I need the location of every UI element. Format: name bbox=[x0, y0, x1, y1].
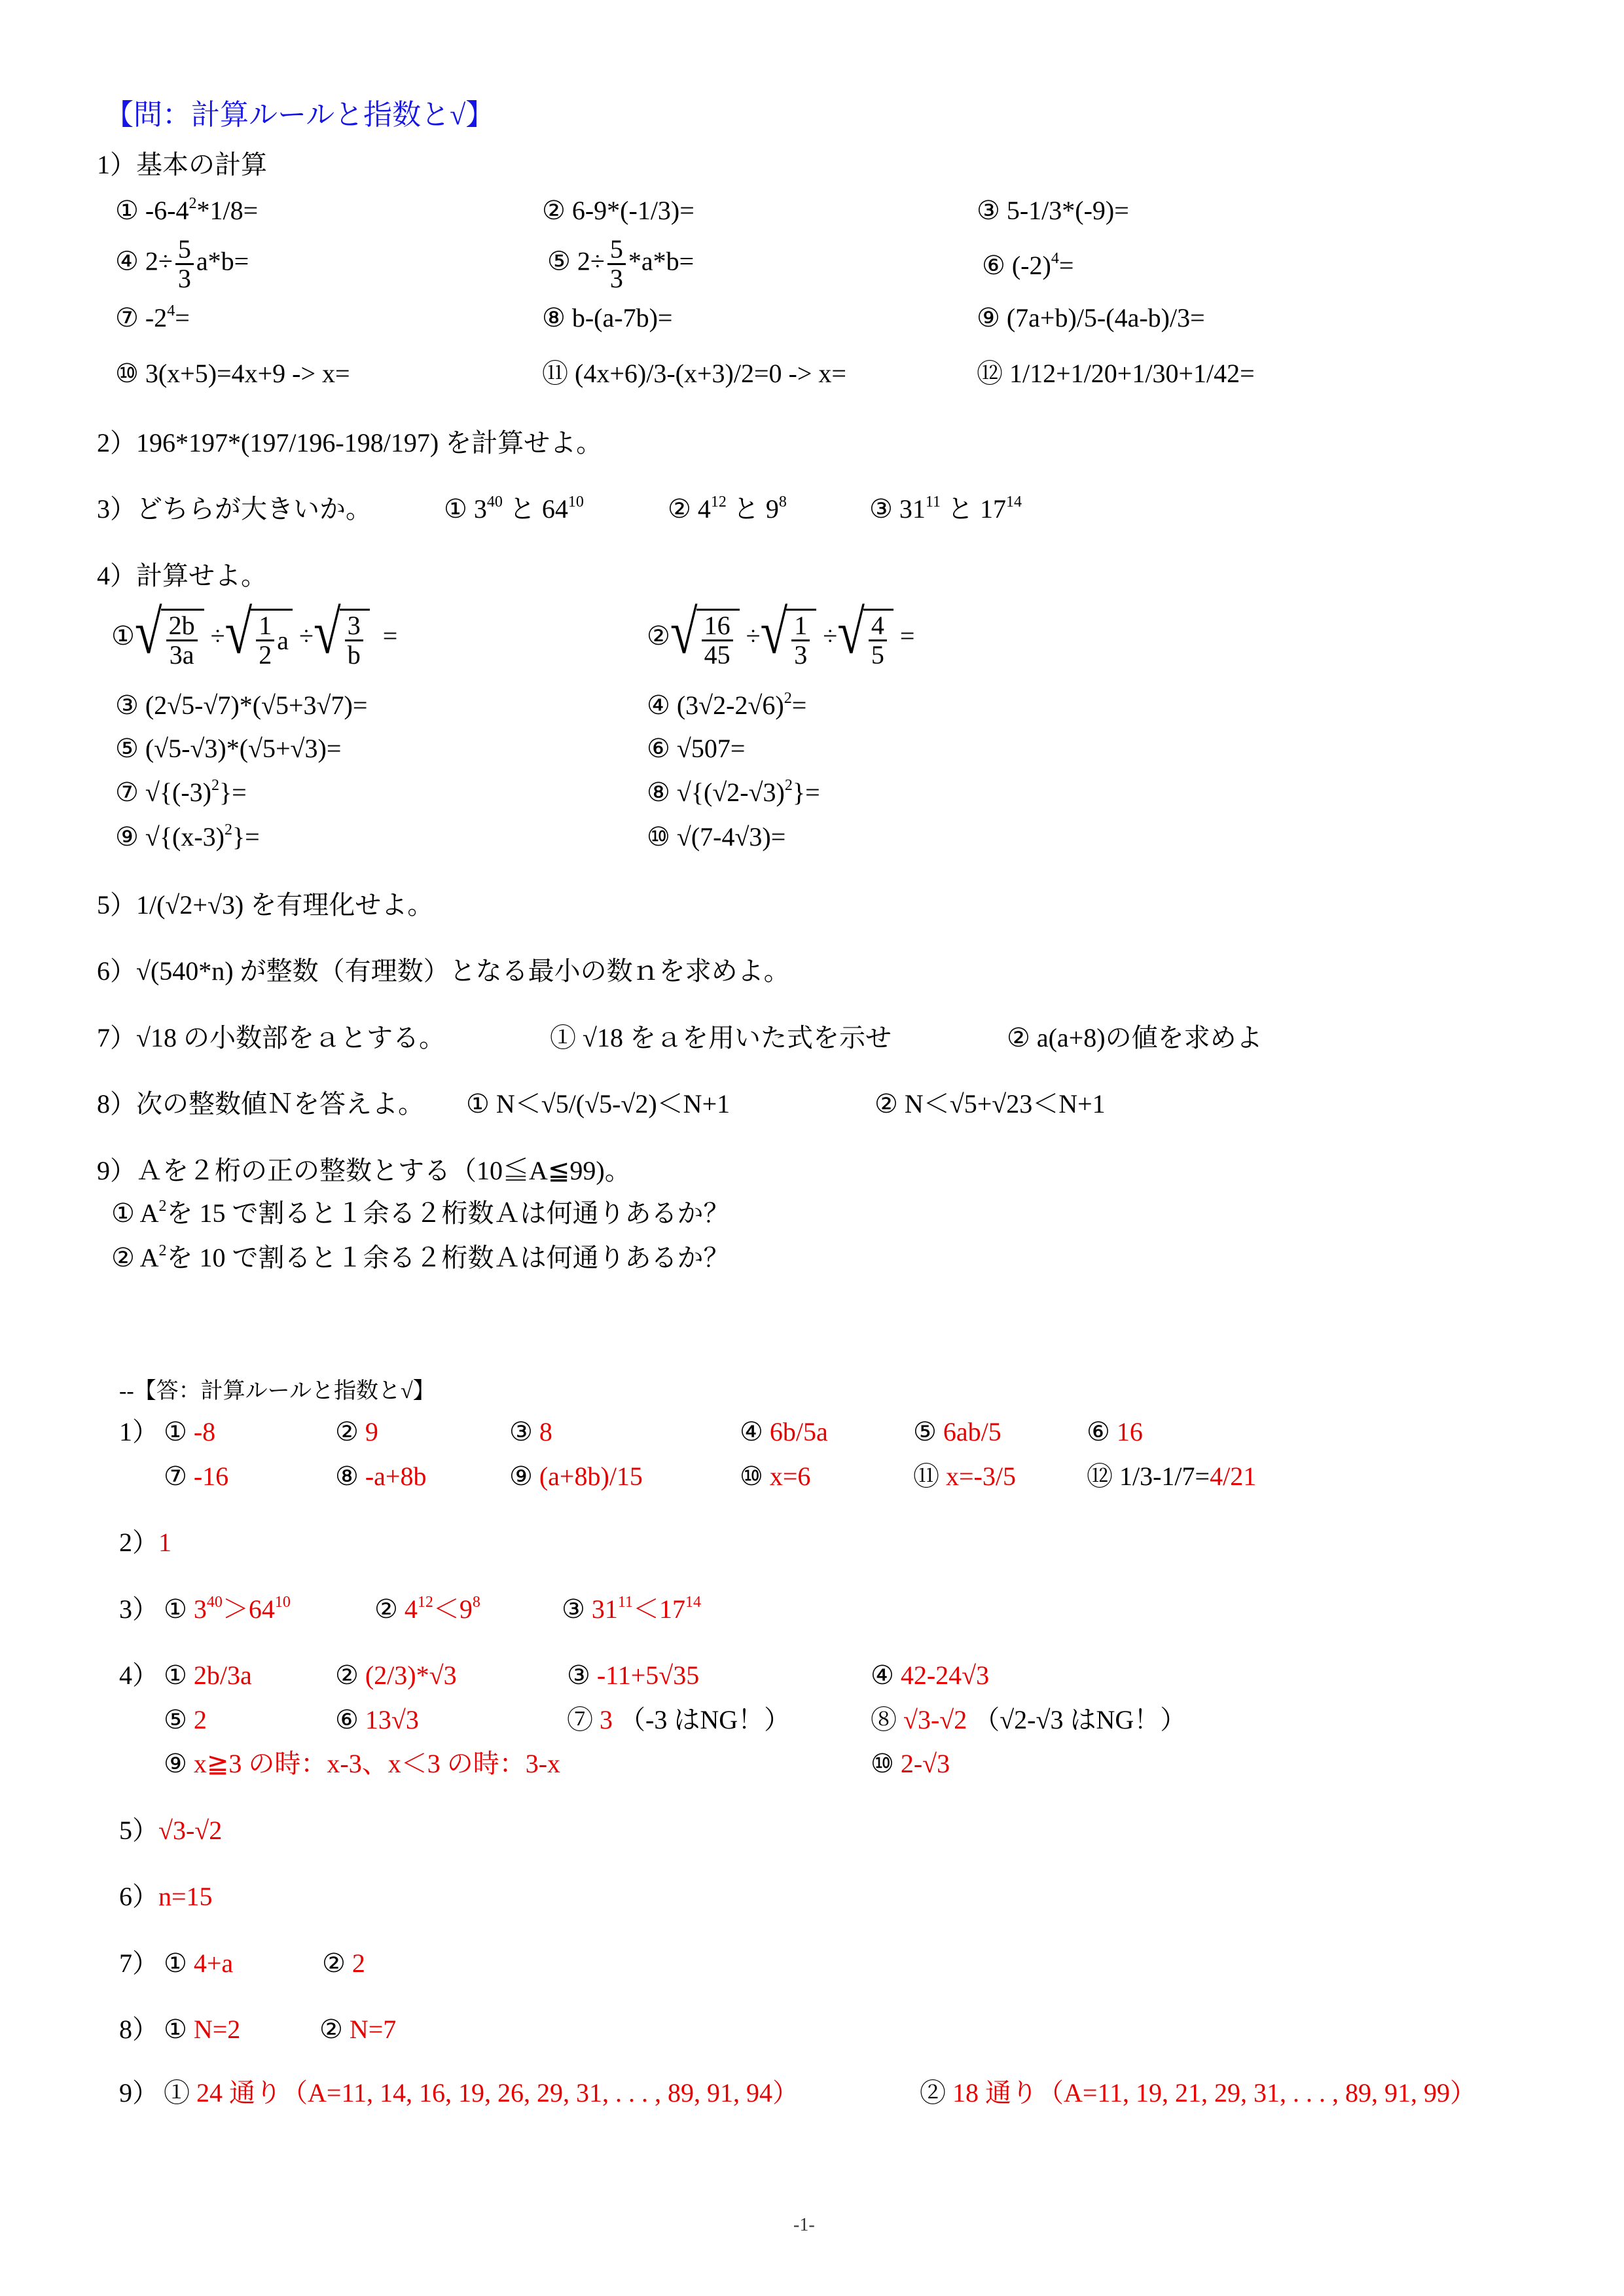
a1-item-4: ④ 6b/5a bbox=[740, 1416, 828, 1448]
a1-item-1: ① -8 bbox=[164, 1416, 215, 1448]
a9-item-2: ② 18 通り（A=11, 19, 21, 29, 31, . . . , 89… bbox=[920, 2077, 1476, 2109]
fraction: 53 bbox=[175, 236, 194, 293]
a1-item-2: ② 9 bbox=[335, 1416, 378, 1448]
q4-item-6: ⑥ √507= bbox=[647, 733, 745, 764]
a4-item-5: ⑤ 2 bbox=[164, 1704, 207, 1736]
q1-item-10: ⑩ 3(x+5)=4x+9 -> x= bbox=[115, 358, 350, 389]
page-number: -1- bbox=[793, 2210, 815, 2241]
q1-item-12: ⑫ 1/12+1/20+1/30+1/42= bbox=[977, 358, 1255, 389]
a4-item-6: ⑥ 13√3 bbox=[335, 1704, 419, 1736]
q8: 8）次の整数値Ｎを答えよ。 bbox=[97, 1088, 424, 1120]
a8-item-2: ② N=7 bbox=[319, 2014, 396, 2045]
q7: 7）√18 の小数部をａとする。 bbox=[97, 1022, 445, 1054]
a1-item-5: ⑤ 6ab/5 bbox=[913, 1416, 1001, 1448]
a3-item-2: ② 412＜98 bbox=[374, 1594, 480, 1629]
a1-item-11: ⑪ x=-3/5 bbox=[913, 1461, 1016, 1492]
q4-item-4: ④ (3√2-2√6)2= bbox=[647, 690, 806, 725]
q8-sub-1: ① N＜√5/(√5-√2)＜N+1 bbox=[466, 1088, 730, 1120]
q1-item-5: ⑤ 2÷53*a*b= bbox=[547, 236, 694, 293]
a2: 2）1 bbox=[119, 1527, 171, 1558]
problems-title: 【問：計算ルールと指数と√】 bbox=[105, 99, 494, 131]
q4-item-2: ②√1645 ÷√13 ÷√45 = bbox=[647, 609, 914, 669]
q4-item-5: ⑤ (√5-√3)*(√5+√3)= bbox=[115, 733, 341, 764]
a4-item-7: ⑦ 3 （-3 はNG！） bbox=[567, 1704, 790, 1736]
sqrt-sign: √2b3a bbox=[135, 609, 204, 669]
q7-sub-2: ② a(a+8)の値を求めよ bbox=[1007, 1022, 1263, 1054]
a7-item-1: ① 4+a bbox=[164, 1948, 233, 1979]
q4-item-1: ①√2b3a ÷√12a ÷√3b = bbox=[111, 609, 397, 669]
a4-item-10: ⑩ 2-√3 bbox=[871, 1748, 950, 1780]
a1-item-6: ⑥ 16 bbox=[1087, 1416, 1143, 1448]
answers-title: --【答：計算ルールと指数と√】 bbox=[119, 1376, 435, 1407]
a3-item-3: ③ 3111＜1714 bbox=[562, 1594, 701, 1629]
q1-item-7: ⑦ -24= bbox=[115, 302, 190, 338]
q4-item-9: ⑨ √{(x-3)2}= bbox=[115, 821, 260, 857]
a1-item-9: ⑨ (a+8b)/15 bbox=[509, 1461, 643, 1492]
q9-sub-1: ① A2を 15 で割ると１余る２桁数Ａは何通りあるか？ bbox=[111, 1198, 730, 1233]
a8-item-1: ① N=2 bbox=[164, 2014, 240, 2045]
q1-item-6: ⑥ (-2)4= bbox=[982, 250, 1074, 285]
a4-item-2: ② (2/3)*√3 bbox=[335, 1660, 457, 1691]
sqrt-sign: √12a bbox=[225, 609, 293, 669]
q5: 5）1/(√2+√3) を有理化せよ。 bbox=[97, 889, 433, 921]
a4-label: 4） bbox=[119, 1660, 158, 1691]
a3-item-1: ① 340＞6410 bbox=[164, 1594, 291, 1629]
q3-item-1: ① 340 と 6410 bbox=[444, 493, 584, 529]
q9-sub-2: ② A2を 10 で割ると１余る２桁数Ａは何通りあるか？ bbox=[111, 1242, 730, 1278]
a1-item-7: ⑦ -16 bbox=[164, 1461, 228, 1492]
q1-item-1: ① -6-42*1/8= bbox=[115, 195, 258, 230]
a7-label: 7） bbox=[119, 1948, 158, 1979]
q4-label: 4）計算せよ。 bbox=[97, 560, 267, 592]
a7-item-2: ② 2 bbox=[322, 1948, 365, 1979]
sqrt-sign: √45 bbox=[837, 609, 893, 669]
q8-sub-2: ② N＜√5+√23＜N+1 bbox=[875, 1088, 1106, 1120]
a4-item-1: ① 2b/3a bbox=[164, 1660, 252, 1691]
q4-item-7: ⑦ √{(-3)2}= bbox=[115, 777, 247, 812]
a1-item-10: ⑩ x=6 bbox=[740, 1461, 810, 1492]
a4-item-8: ⑧ √3-√2 （√2-√3 はNG！） bbox=[871, 1704, 1186, 1736]
q3-label: 3）どちらが大きいか。 bbox=[97, 493, 372, 525]
q4-item-10: ⑩ √(7-4√3)= bbox=[647, 821, 785, 853]
a9-label: 9） bbox=[119, 2077, 158, 2109]
a3-label: 3） bbox=[119, 1594, 158, 1625]
q4-item-3: ③ (2√5-√7)*(√5+3√7)= bbox=[115, 690, 367, 721]
a4-item-3: ③ -11+5√35 bbox=[567, 1660, 699, 1691]
sqrt-sign: √13 bbox=[761, 609, 817, 669]
sqrt-sign: √1645 bbox=[670, 609, 740, 669]
q1-item-11: ⑪ (4x+6)/3-(x+3)/2=0 -> x= bbox=[542, 358, 846, 389]
q1-item-4: ④ 2÷53a*b= bbox=[115, 236, 249, 293]
q7-sub-1: ① √18 をａを用いた式を示せ bbox=[550, 1022, 892, 1054]
q1-label: 1）基本の計算 bbox=[97, 149, 267, 181]
q4-item-8: ⑧ √{(√2-√3)2}= bbox=[647, 777, 820, 812]
a9-item-1: ① 24 通り（A=11, 14, 16, 19, 26, 29, 31, . … bbox=[164, 2077, 799, 2109]
a1-item-12: ⑫ 1/3-1/7=4/21 bbox=[1087, 1461, 1256, 1492]
q1-item-9: ⑨ (7a+b)/5-(4a-b)/3= bbox=[977, 302, 1205, 334]
q6: 6）√(540*n) が整数（有理数）となる最小の数ｎを求めよ。 bbox=[97, 956, 790, 987]
q1-item-2: ② 6-9*(-1/3)= bbox=[542, 195, 695, 226]
fraction: 53 bbox=[607, 236, 626, 293]
a1-item-8: ⑧ -a+8b bbox=[335, 1461, 427, 1492]
sqrt-sign: √3b bbox=[314, 609, 370, 669]
a1-item-3: ③ 8 bbox=[509, 1416, 552, 1448]
q1-item-8: ⑧ b-(a-7b)= bbox=[542, 302, 672, 334]
a4-item-4: ④ 42-24√3 bbox=[871, 1660, 989, 1691]
q9: 9）Ａを２桁の正の整数とする（10≦A≦99)。 bbox=[97, 1155, 631, 1187]
q3-item-2: ② 412 と 98 bbox=[668, 493, 787, 529]
a4-item-9: ⑨ x≧3 の時：x-3、x＜3 の時：3-x bbox=[164, 1748, 560, 1780]
a6: 6）n=15 bbox=[119, 1881, 213, 1912]
q1-item-3: ③ 5-1/3*(-9)= bbox=[977, 195, 1129, 226]
a8-label: 8） bbox=[119, 2014, 158, 2045]
a1-label: 1） bbox=[119, 1416, 158, 1448]
q2: 2）196*197*(197/196-198/197) を計算せよ。 bbox=[97, 427, 602, 459]
q3-item-3: ③ 3111 と 1714 bbox=[869, 493, 1022, 529]
a5: 5）√3-√2 bbox=[119, 1815, 222, 1846]
